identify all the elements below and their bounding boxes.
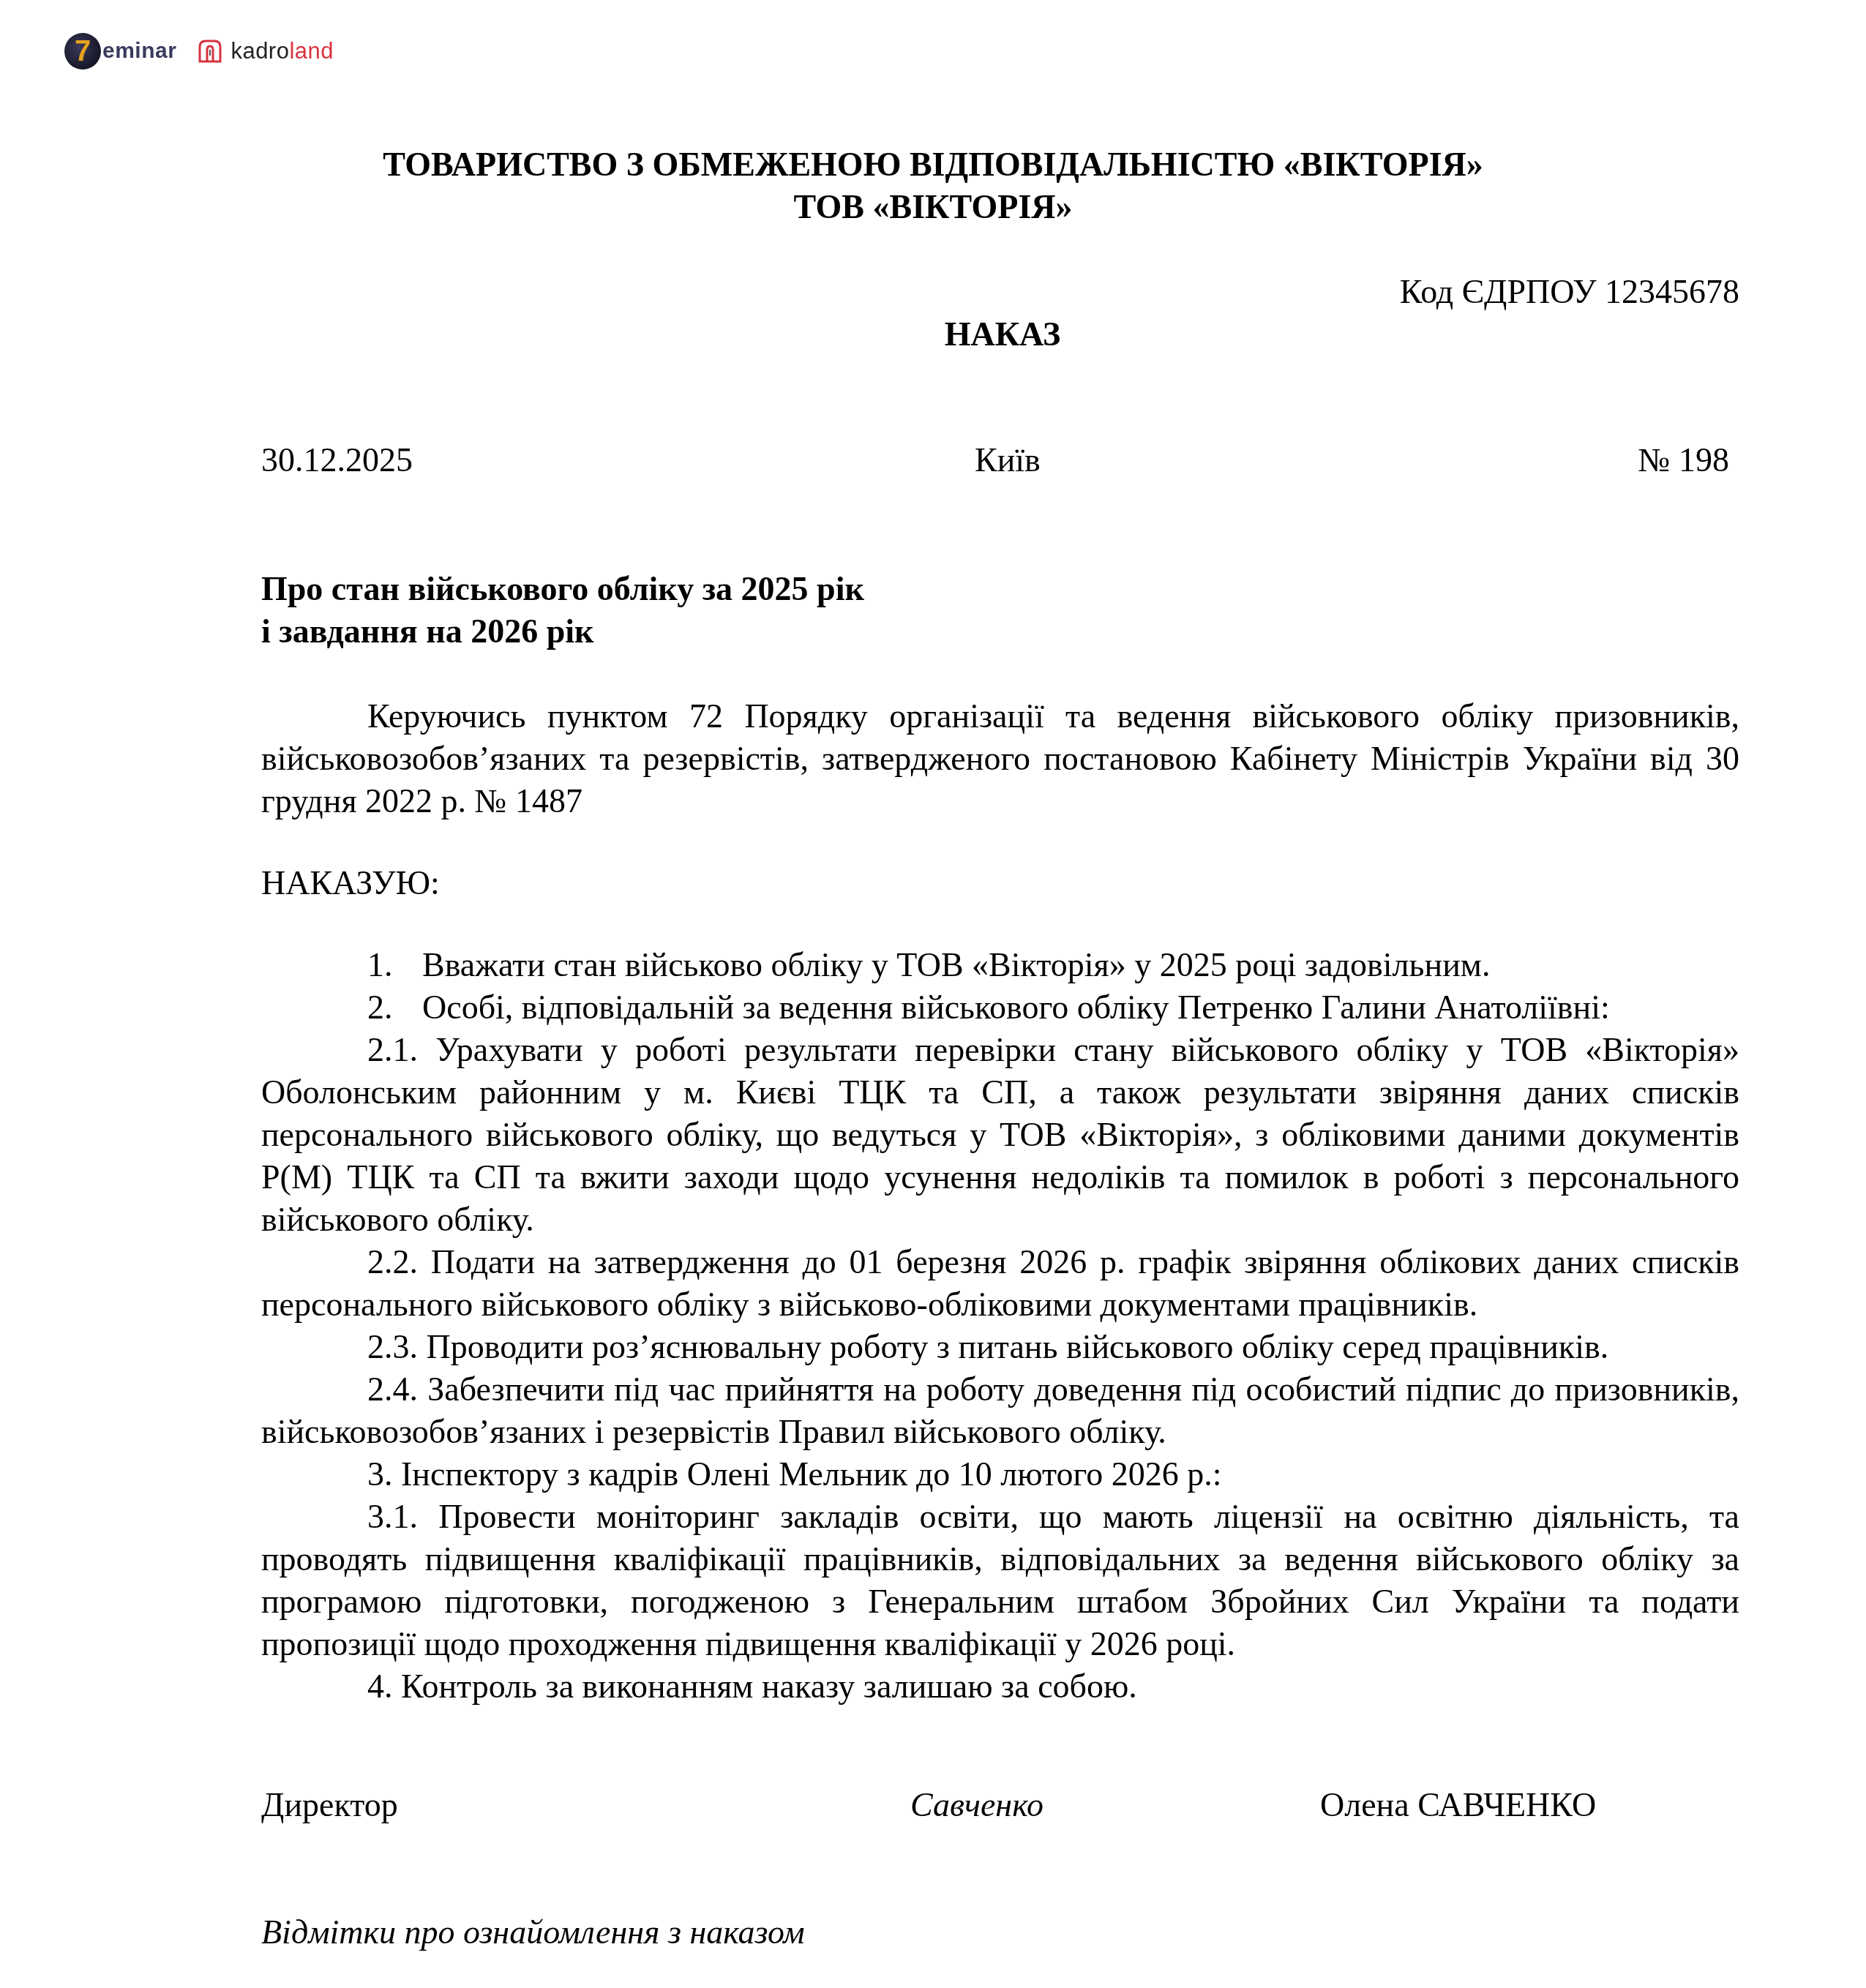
order-subitem-3-1: 3.1. Провести моніторинг закладів освіти… xyxy=(261,1496,1739,1665)
document-number: № 198 xyxy=(1638,439,1729,481)
order-item-4: 4. Контроль за виконанням наказу залишаю… xyxy=(261,1665,1739,1708)
seminar-badge-icon: 7 xyxy=(64,33,101,70)
signer-signature: Савченко xyxy=(910,1784,1043,1826)
document-meta-row: 30.12.2025 Київ № 198 xyxy=(261,439,1729,481)
document-date: 30.12.2025 xyxy=(261,439,413,481)
signer-name: Олена САВЧЕНКО xyxy=(1320,1784,1596,1826)
item-number: 1. xyxy=(367,944,422,986)
acknowledgement-heading: Відмітки про ознайомлення з наказом xyxy=(261,1911,805,1954)
subject-line-2: і завдання на 2026 рік xyxy=(261,610,864,653)
kadroland-house-icon xyxy=(195,37,225,66)
kadroland-logo: kadroland xyxy=(195,37,334,66)
edrpou-code: Код ЄДРПОУ 12345678 xyxy=(1400,271,1739,313)
seminar-logo: 7 eminar xyxy=(64,33,176,70)
order-subitem-2-2: 2.2. Подати на затвердження до 01 березн… xyxy=(261,1241,1739,1326)
organization-short-name: ТОВ «ВІКТОРІЯ» xyxy=(0,186,1866,228)
kadroland-text-accent: land xyxy=(289,38,334,64)
seminar-logo-text: eminar xyxy=(102,39,176,64)
item-text: Вважати стан військово обліку у ТОВ «Вік… xyxy=(422,944,1490,986)
order-item-2: 2. Особі, відповідальній за ведення війс… xyxy=(261,986,1739,1029)
document-subject: Про стан військового обліку за 2025 рік … xyxy=(261,568,864,653)
order-item-1: 1. Вважати стан військово обліку у ТОВ «… xyxy=(261,944,1739,986)
order-items: 1. Вважати стан військово обліку у ТОВ «… xyxy=(261,944,1739,1708)
item-number: 2. xyxy=(367,986,422,1029)
organization-full-name: ТОВАРИСТВО З ОБМЕЖЕНОЮ ВІДПОВІДАЛЬНІСТЮ … xyxy=(0,143,1866,186)
order-item-3: 3. Інспектору з кадрів Олені Мельник до … xyxy=(261,1453,1739,1496)
kadroland-logo-text: kadroland xyxy=(231,38,334,64)
order-word: НАКАЗУЮ: xyxy=(261,862,440,904)
document-type-title: НАКАЗ xyxy=(0,313,1866,356)
order-subitem-2-1: 2.1. Урахувати у роботі результати перев… xyxy=(261,1029,1739,1241)
order-subitem-2-4: 2.4. Забезпечити під час прийняття на ро… xyxy=(261,1368,1739,1453)
header-logos: 7 eminar kadroland xyxy=(64,32,334,70)
order-subitem-2-3: 2.3. Проводити роз’яснювальну роботу з п… xyxy=(261,1326,1739,1368)
signer-position: Директор xyxy=(261,1784,398,1826)
item-text: Особі, відповідальній за ведення військо… xyxy=(422,986,1610,1029)
subject-line-1: Про стан військового обліку за 2025 рік xyxy=(261,568,864,610)
preamble-text: Керуючись пунктом 72 Порядку організації… xyxy=(261,695,1739,822)
kadroland-text-main: kadro xyxy=(231,38,289,64)
preamble-block: Керуючись пунктом 72 Порядку організації… xyxy=(261,695,1739,822)
document-city: Київ xyxy=(975,439,1041,481)
